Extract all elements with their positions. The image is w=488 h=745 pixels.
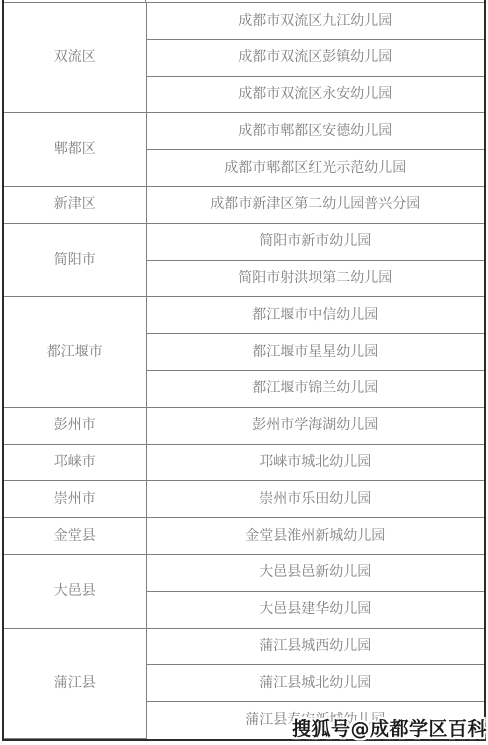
district-cell: 都江堰市: [4, 297, 146, 407]
school-cell: 邛崃市城北幼儿园: [146, 444, 484, 481]
table-row: 崇州市崇州市乐田幼儿园: [4, 481, 484, 518]
school-cell: 彭州市学海湖幼儿园: [146, 407, 484, 444]
school-cell: 简阳市新市幼儿园: [146, 223, 484, 260]
district-cell: 简阳市: [4, 223, 146, 297]
school-cell: 金堂县淮州新城幼儿园: [146, 518, 484, 555]
school-cell: 大邑县建华幼儿园: [146, 591, 484, 628]
school-cell: 蒲江县城西幼儿园: [146, 628, 484, 665]
table-row: 简阳市简阳市新市幼儿园: [4, 223, 484, 260]
table-row: 金堂县金堂县淮州新城幼儿园: [4, 518, 484, 555]
district-cell: 彭州市: [4, 407, 146, 444]
kindergarten-table: 双流区成都市双流区九江幼儿园成都市双流区彭镇幼儿园成都市双流区永安幼儿园郫都区成…: [2, 0, 486, 741]
district-cell: 崇州市: [4, 481, 146, 518]
district-cell: 新津区: [4, 186, 146, 223]
school-cell: 崇州市乐田幼儿园: [146, 481, 484, 518]
school-cell: 都江堰市锦兰幼儿园: [146, 370, 484, 407]
district-cell: 大邑县: [4, 554, 146, 628]
school-cell: 成都市郫都区安德幼儿园: [146, 113, 484, 150]
column-divider-stub: [4, 0, 484, 2]
district-kindergarten-grid: 双流区成都市双流区九江幼儿园成都市双流区彭镇幼儿园成都市双流区永安幼儿园郫都区成…: [4, 2, 484, 739]
school-cell: 都江堰市中信幼儿园: [146, 297, 484, 334]
school-cell: 简阳市射洪坝第二幼儿园: [146, 260, 484, 297]
school-cell: 成都市双流区彭镇幼儿园: [146, 39, 484, 76]
page: 双流区成都市双流区九江幼儿园成都市双流区彭镇幼儿园成都市双流区永安幼儿园郫都区成…: [0, 0, 488, 745]
district-cell: 双流区: [4, 3, 146, 113]
school-cell: 蒲江县城北幼儿园: [146, 665, 484, 702]
table-row: 彭州市彭州市学海湖幼儿园: [4, 407, 484, 444]
table-row: 新津区成都市新津区第二幼儿园普兴分园: [4, 186, 484, 223]
district-cell: 金堂县: [4, 518, 146, 555]
school-cell: 都江堰市星星幼儿园: [146, 334, 484, 371]
table-row: 蒲江县蒲江县城西幼儿园: [4, 628, 484, 665]
school-cell: 成都市双流区永安幼儿园: [146, 76, 484, 113]
table-row: 大邑县大邑县邑新幼儿园: [4, 554, 484, 591]
table-row: 郫都区成都市郫都区安德幼儿园: [4, 113, 484, 150]
district-cell: 邛崃市: [4, 444, 146, 481]
table-row: 都江堰市都江堰市中信幼儿园: [4, 297, 484, 334]
school-cell: 成都市双流区九江幼儿园: [146, 3, 484, 40]
district-cell: 蒲江县: [4, 628, 146, 738]
table-row: 双流区成都市双流区九江幼儿园: [4, 3, 484, 40]
district-cell: 郫都区: [4, 113, 146, 187]
table-row: 邛崃市邛崃市城北幼儿园: [4, 444, 484, 481]
school-cell: 成都市新津区第二幼儿园普兴分园: [146, 186, 484, 223]
school-cell: 成都市郫都区红光示范幼儿园: [146, 150, 484, 187]
watermark-text: 搜狐号@成都学区百科: [292, 714, 487, 741]
school-cell: 大邑县邑新幼儿园: [146, 554, 484, 591]
